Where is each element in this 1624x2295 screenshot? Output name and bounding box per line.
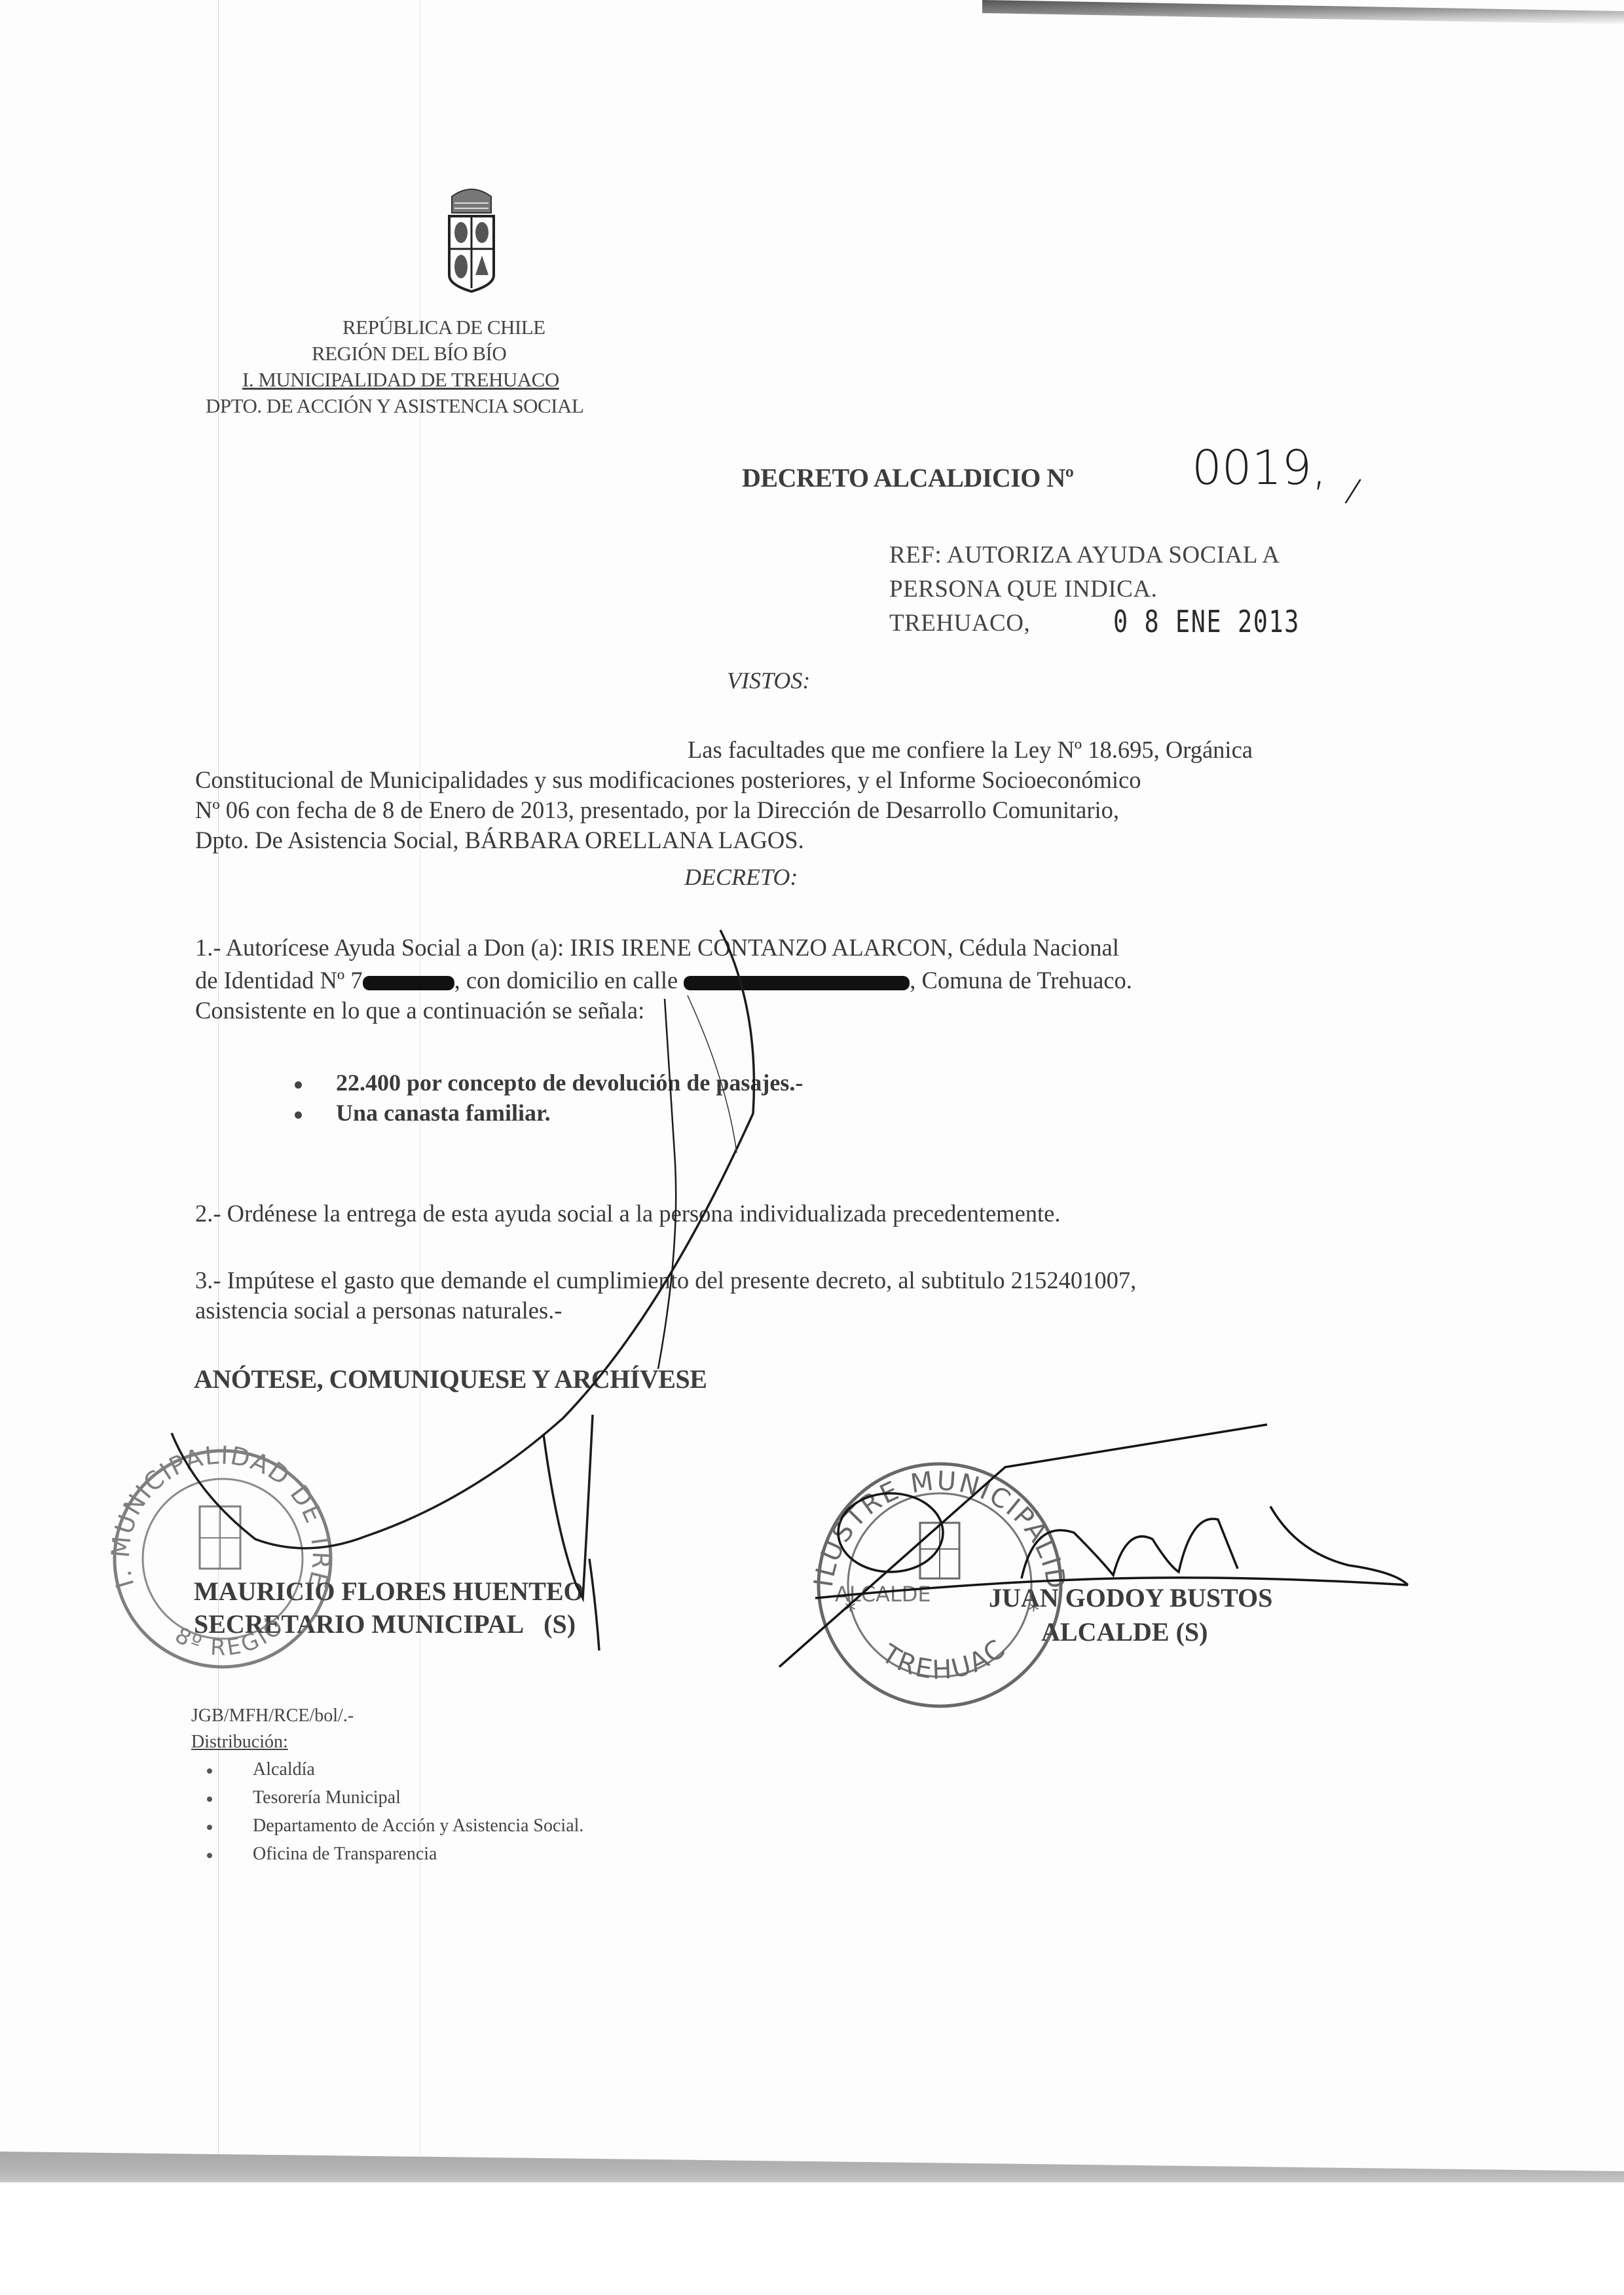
signature-stroke <box>658 999 676 1369</box>
item-1-line-1: 1.- Autorícese Ayuda Social a Don (a): I… <box>195 931 1119 964</box>
item-3-line-1: 3.- Impútese el gasto que demande el cum… <box>195 1264 1136 1297</box>
vistos-label: VISTOS: <box>727 667 810 694</box>
distribution-item: Oficina de Transparencia <box>207 1840 437 1868</box>
redacted-address <box>684 976 910 990</box>
vistos-text-line-4: Dpto. De Asistencia Social, BÁRBARA OREL… <box>195 824 804 857</box>
initials: JGB/MFH/RCE/bol/.- <box>191 1703 354 1729</box>
bullet-icon <box>295 1111 302 1119</box>
address-label: , con domicilio en calle <box>454 967 684 994</box>
item-2: 2.- Ordénese la entrega de esta ayuda so… <box>195 1197 1061 1230</box>
item-1-line-2: de Identidad Nº 7, con domicilio en call… <box>195 964 1132 997</box>
distribution-label: Distribución: <box>191 1729 288 1755</box>
scan-bottom-edge <box>0 2152 1624 2184</box>
municipal-coat-of-arms-icon <box>445 183 498 295</box>
bullet-icon <box>207 1853 212 1858</box>
scan-margin <box>0 2182 1624 2295</box>
distribution-item: Alcaldía <box>207 1755 315 1783</box>
decree-number-slash: / <box>1343 471 1363 510</box>
distribution-item: Tesorería Municipal <box>207 1783 401 1812</box>
bullet-icon <box>295 1081 302 1089</box>
header-department: DPTO. DE ACCIÓN Y ASISTENCIA SOCIAL <box>206 394 583 418</box>
closing-formula: ANÓTESE, COMUNIQUESE Y ARCHÍVESE <box>194 1364 707 1394</box>
commune-label: , Comuna de Trehuaco. <box>910 967 1132 994</box>
seals-and-signatures: I. MUNICIPALIDAD DE TREHUACO 8º REGIÓN I <box>0 0 1624 2295</box>
vistos-text-line-2: Constitucional de Municipalidades y sus … <box>195 764 1141 796</box>
vistos-text-line-1: Las facultades que me confiere la Ley Nº… <box>688 734 1253 766</box>
decreto-label: DECRETO: <box>684 863 798 891</box>
decree-number-handwritten: 0019, <box>1192 440 1327 495</box>
place: TREHUACO, <box>889 606 1030 641</box>
ref-line-1: REF: AUTORIZA AYUDA SOCIAL A <box>889 538 1280 572</box>
bullet-icon <box>207 1768 212 1774</box>
decree-title: DECRETO ALCALDICIO Nº <box>742 462 1074 493</box>
mayor-name: JUAN GODOY BUSTOS <box>989 1582 1272 1613</box>
item-3-line-2: asistencia social a personas naturales.- <box>195 1294 562 1327</box>
ref-line-2: PERSONA QUE INDICA. <box>889 572 1157 606</box>
benefit-item: Una canasta familiar. <box>295 1099 551 1127</box>
distribution-item: Departamento de Acción y Asistencia Soci… <box>207 1812 583 1840</box>
bullet-icon <box>207 1797 212 1802</box>
bullet-icon <box>207 1825 212 1830</box>
vistos-text-line-3: Nº 06 con fecha de 8 de Enero de 2013, p… <box>195 794 1119 827</box>
redacted-id-number <box>363 976 454 990</box>
benefit-item: 22.400 por concepto de devolución de pas… <box>295 1069 803 1096</box>
date-stamp: 0 8 ENE 2013 <box>1113 604 1300 639</box>
header-region: REGIÓN DEL BÍO BÍO <box>312 342 506 365</box>
svg-text:ALCALDE: ALCALDE <box>835 1582 931 1607</box>
header-country: REPÚBLICA DE CHILE <box>342 316 545 339</box>
svg-text:*: * <box>845 1597 856 1624</box>
mayor-title: ALCALDE (S) <box>1041 1616 1208 1647</box>
item-1-line-3: Consistente en lo que a continuación se … <box>195 994 644 1027</box>
scanned-page: REPÚBLICA DE CHILE REGIÓN DEL BÍO BÍO I.… <box>0 0 1624 2295</box>
scan-edge-shadow <box>982 0 1624 24</box>
header-municipality: I. MUNICIPALIDAD DE TREHUACO <box>242 368 559 392</box>
secretary-name: MAURICIO FLORES HUENTEO <box>194 1576 584 1607</box>
id-label: de Identidad Nº 7 <box>195 967 363 994</box>
secretary-title: SECRETARIO MUNICIPAL (S) <box>194 1609 576 1639</box>
